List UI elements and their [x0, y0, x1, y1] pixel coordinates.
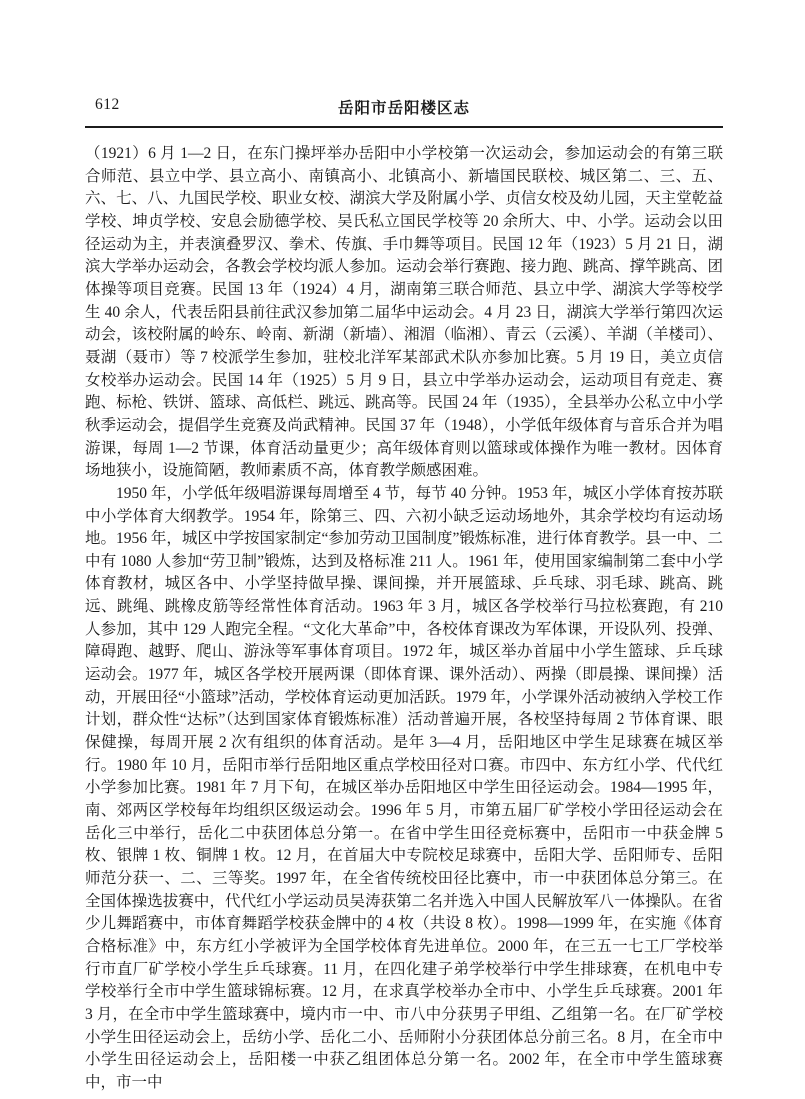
paragraph-1950s-onward: 1950 年，小学低年级唱游课每周增至 4 节，每节 40 分钟。1953 年，…	[85, 483, 723, 1095]
document-page: 612 岳阳市岳阳楼区志 （1921）6 月 1—2 日，在东门操坪举办岳阳中小…	[0, 0, 805, 1099]
header-rule	[85, 126, 723, 128]
page-body: （1921）6 月 1—2 日，在东门操坪举办岳阳中小学校第一次运动会，参加运动…	[85, 143, 723, 1095]
page-header: 612 岳阳市岳阳楼区志	[85, 96, 723, 122]
book-title: 岳阳市岳阳楼区志	[85, 96, 723, 118]
paragraph-continuation: （1921）6 月 1—2 日，在东门操坪举办岳阳中小学校第一次运动会，参加运动…	[85, 143, 723, 483]
page-content: 612 岳阳市岳阳楼区志 （1921）6 月 1—2 日，在东门操坪举办岳阳中小…	[85, 96, 723, 1095]
